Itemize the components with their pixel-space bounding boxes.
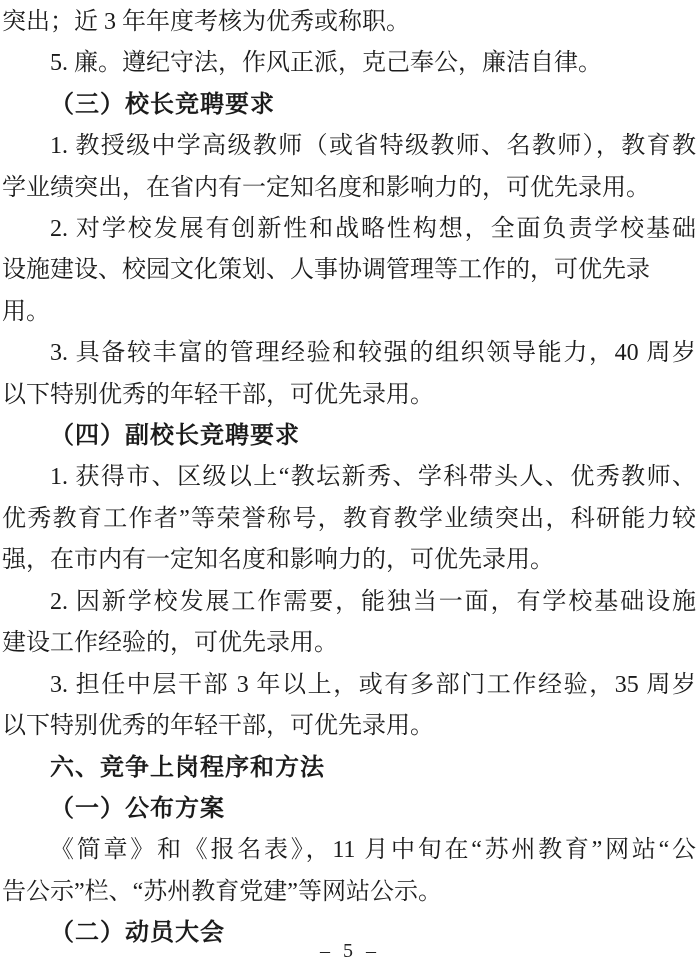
line-item5-integrity: 5. 廉。遵纪守法，作风正派，克己奉公，廉洁自律。 xyxy=(2,43,696,84)
heading-publish-plan: （一）公布方案 xyxy=(2,789,696,830)
heading-vice-principal-requirements: （四）副校长竞聘要求 xyxy=(2,416,696,457)
line-principal-item2-a: 2. 对学校发展有创新性和战略性构想，全面负责学校基础 xyxy=(2,209,696,250)
document-page: 突出；近 3 年年度考核为优秀或称职。 5. 廉。遵纪守法，作风正派，克己奉公，… xyxy=(0,0,700,970)
line-vice-item1-a: 1. 获得市、区级以上“教坛新秀、学科带头人、优秀教师、 xyxy=(2,457,696,498)
line-vice-item2-b: 建设工作经验的，可优先录用。 xyxy=(2,623,696,664)
line-principal-item3-b: 以下特别优秀的年轻干部，可优先录用。 xyxy=(2,375,696,416)
heading-section6-procedure: 六、竞争上岗程序和方法 xyxy=(2,747,696,788)
document-body: 突出；近 3 年年度考核为优秀或称职。 5. 廉。遵纪守法，作风正派，克己奉公，… xyxy=(2,2,696,954)
line-vice-item1-c: 强，在市内有一定知名度和影响力的，可优先录用。 xyxy=(2,540,696,581)
line-vice-item3-b: 以下特别优秀的年轻干部，可优先录用。 xyxy=(2,706,696,747)
line-publish-plan-b: 告公示”栏、“苏州教育党建”等网站公示。 xyxy=(2,872,696,913)
line-carryover-assessment: 突出；近 3 年年度考核为优秀或称职。 xyxy=(2,2,696,43)
heading-principal-requirements: （三）校长竞聘要求 xyxy=(2,85,696,126)
line-vice-item2-a: 2. 因新学校发展工作需要，能独当一面，有学校基础设施 xyxy=(2,582,696,623)
line-principal-item2-b: 设施建设、校园文化策划、人事协调管理等工作的，可优先录用。 xyxy=(2,250,696,333)
line-vice-item3-a: 3. 担任中层干部 3 年以上，或有多部门工作经验，35 周岁 xyxy=(2,665,696,706)
line-principal-item3-a: 3. 具备较丰富的管理经验和较强的组织领导能力，40 周岁 xyxy=(2,333,696,374)
line-publish-plan-a: 《简章》和《报名表》，11 月中旬在“苏州教育”网站“公 xyxy=(2,830,696,871)
line-vice-item1-b: 优秀教育工作者”等荣誉称号，教育教学业绩突出，科研能力较 xyxy=(2,499,696,540)
line-principal-item1-b: 学业绩突出，在省内有一定知名度和影响力的，可优先录用。 xyxy=(2,168,696,209)
page-number: – 5 – xyxy=(0,938,700,964)
line-principal-item1-a: 1. 教授级中学高级教师（或省特级教师、名教师），教育教 xyxy=(2,126,696,167)
